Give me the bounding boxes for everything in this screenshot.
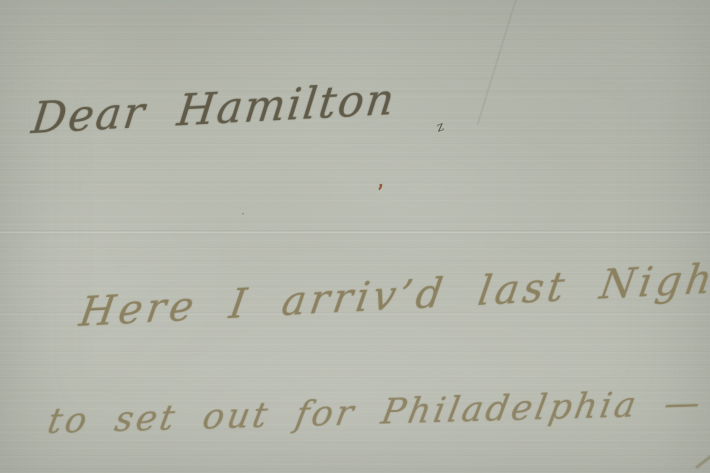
letter-photo: Dear Hamilton z , · Here I arriv’d last … <box>0 0 710 473</box>
ink-speck: z <box>436 120 444 135</box>
ink-dot: · <box>241 208 245 220</box>
